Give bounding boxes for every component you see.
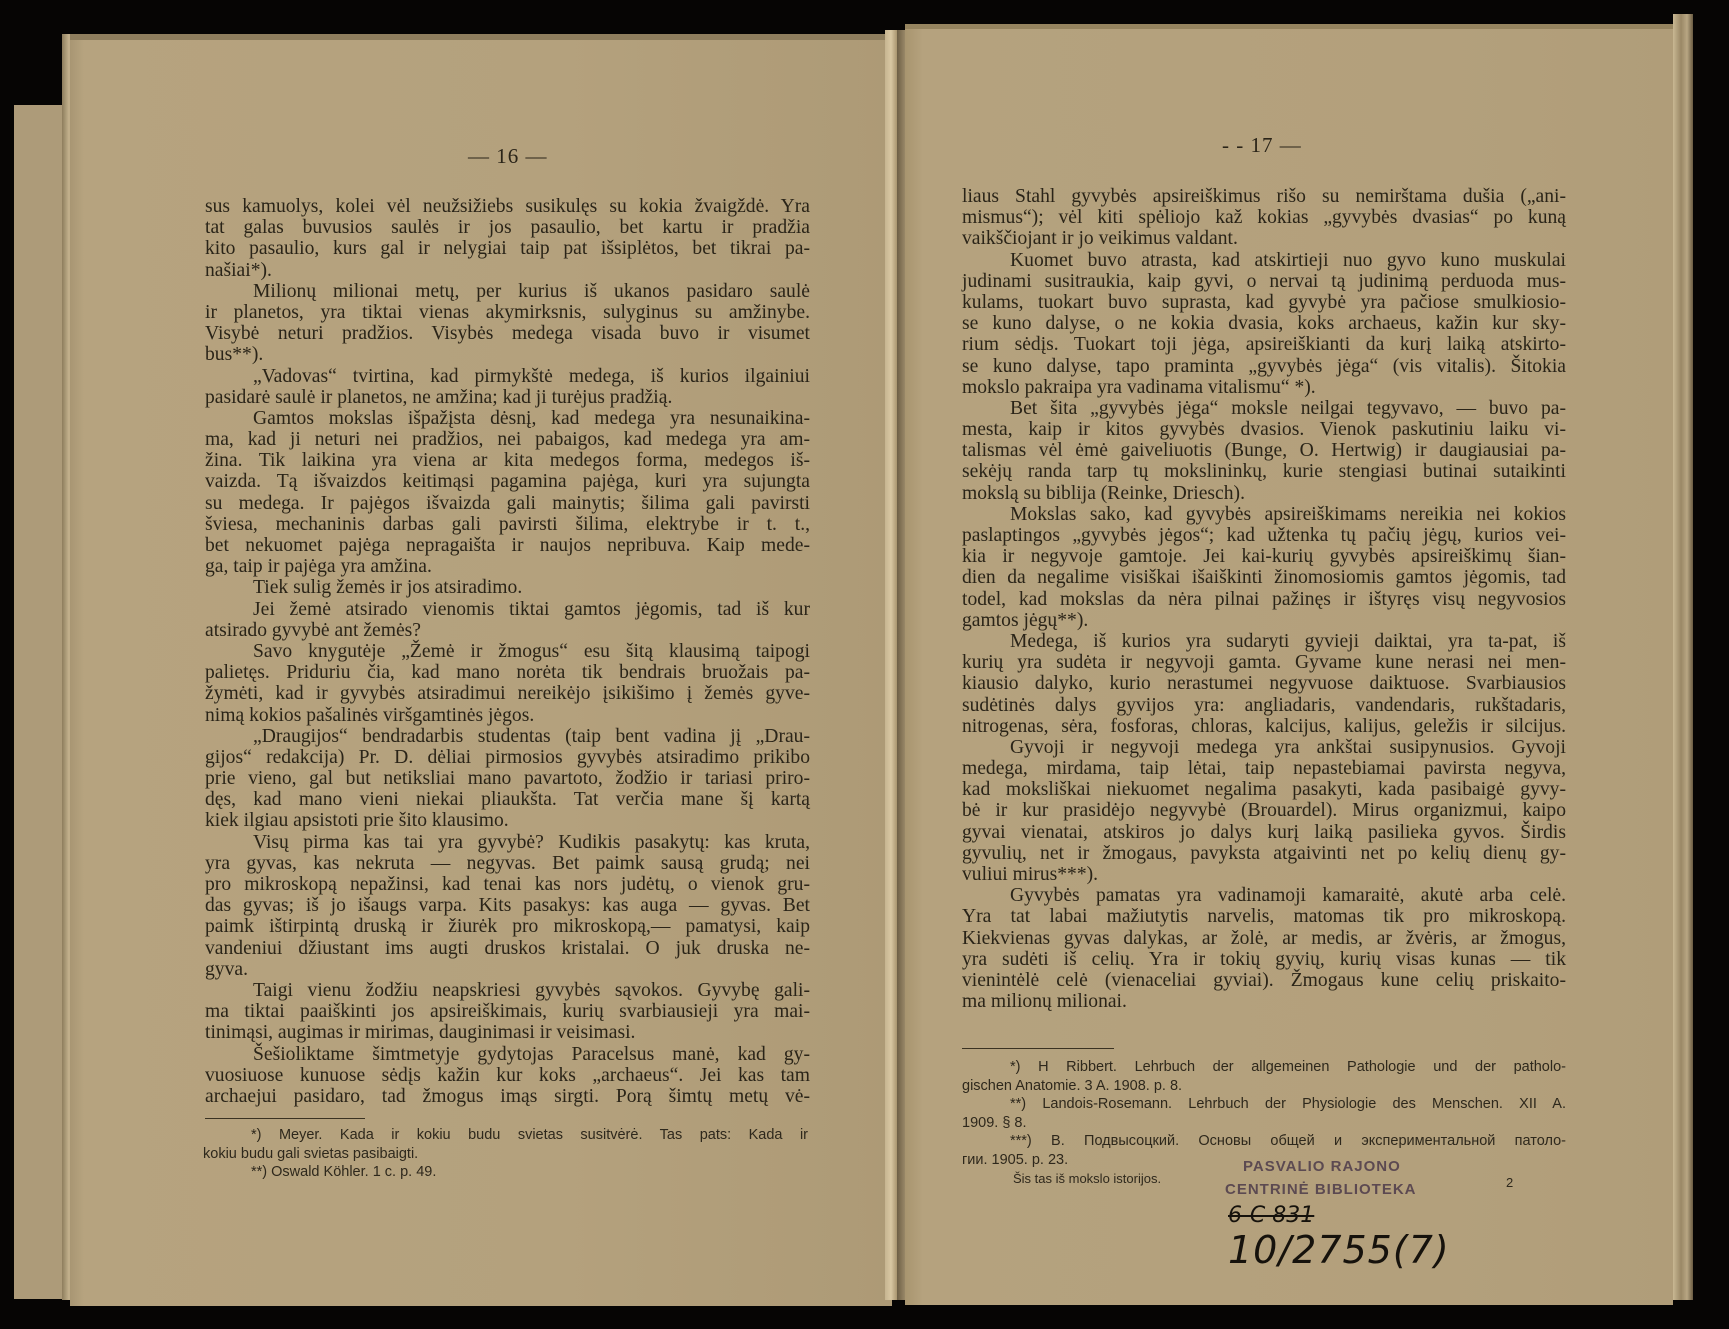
- text-line: dien da negalime visiškai išaiškinti žin…: [962, 567, 1566, 588]
- signature-mark: 2: [1506, 1175, 1513, 1190]
- text-line: „Vadovas“ tvirtina, kad pirmykštė medega…: [205, 366, 810, 387]
- text-line: rium sėdįs. Tuokart toji jėga, apsireišk…: [962, 334, 1566, 355]
- book-gutter: [885, 30, 897, 1300]
- text-line: kurių yra sudėta ir negyvoji gamta. Gyva…: [962, 652, 1566, 673]
- library-stamp-line2: CENTRINĖ BIBLIOTEKA: [1225, 1181, 1417, 1198]
- text-line: mokslą su biblija (Reinke, Driesch).: [962, 483, 1566, 504]
- text-line: pasidarė saulė ir planetos, ne amžina; k…: [205, 387, 810, 408]
- footnote-line: ***) В. Подвысоцкий. Основы общей и эксп…: [962, 1132, 1566, 1151]
- text-line: medega, mirdama, taip lėtai, taip nepast…: [962, 758, 1566, 779]
- text-line: kiausio dalyko, kurio nerastumei negyvuo…: [962, 673, 1566, 694]
- text-line: se kuno dalyse, o ne kokia dvasia, koks …: [962, 313, 1566, 334]
- left-footnote-rule: [205, 1118, 365, 1119]
- text-line: gamtos jėgų**).: [962, 610, 1566, 631]
- left-page-footnotes: *) Meyer. Kada ir kokiu budu svietas sus…: [203, 1126, 808, 1182]
- text-line: Milionų milionai metų, per kurius iš uka…: [205, 281, 810, 302]
- text-line: gyvulių, net ir žmogaus, pavyksta atgaiv…: [962, 843, 1566, 864]
- text-line: kito pasaulio, kurs gal ir nelygiai taip…: [205, 238, 810, 259]
- text-line: Kuomet buvo atrasta, kad atskirtieji nuo…: [962, 250, 1566, 271]
- text-line: mokslo pakraipa yra vadinama vitalismu“ …: [962, 377, 1566, 398]
- text-line: „Draugijos“ bendradarbis studentas (taip…: [205, 726, 810, 747]
- text-line: bė ir kur prasidėjo negyvybė (Brouardel)…: [962, 800, 1566, 821]
- text-line: yra gyvas, kas nekruta — negyvas. Bet pa…: [205, 853, 810, 874]
- text-line: kiek ilgiau apsistoti prie šito klausimo…: [205, 810, 810, 831]
- signature-line: Šis tas iš mokslo istorijos.: [1013, 1171, 1161, 1186]
- text-line: palietęs. Priduriu čia, kad mano norėta …: [205, 662, 810, 683]
- left-page-body: sus kamuolys, kolei vėl neužsižiebs susi…: [205, 196, 810, 1107]
- text-line: Mokslas sako, kad gyvybės apsireiškimams…: [962, 504, 1566, 525]
- text-line: talismas vėl ėmė gaiveliuotis (Bunge, O.…: [962, 440, 1566, 461]
- struck-call-number: 6-C 831: [1228, 1203, 1314, 1228]
- text-line: Bet šita „gyvybės jėga“ moksle neilgai t…: [962, 398, 1566, 419]
- text-line: pro mikroskopą nepažinsi, kad tenai kas …: [205, 874, 810, 895]
- text-line: Visybė neturi pradžios. Visybės medega v…: [205, 323, 810, 344]
- text-line: Savo knygutėje „Žemė ir žmogus“ esu šitą…: [205, 641, 810, 662]
- text-line: tinimąsi, augimas ir mirimas, dauginimas…: [205, 1022, 810, 1043]
- right-footnote-rule: [962, 1048, 1114, 1049]
- text-line: Kiekvienas gyvas dalykas, ar žolė, ar me…: [962, 928, 1566, 949]
- text-line: vaikščiojant ir jo veikimus valdant.: [962, 228, 1566, 249]
- text-line: Medega, iš kurios yra sudaryti gyvieji d…: [962, 631, 1566, 652]
- text-line: gyva.: [205, 959, 810, 980]
- text-line: Gyvoji ir negyvoji medega yra ankštai su…: [962, 737, 1566, 758]
- text-line: nitrogenas, sėra, fosforas, chloras, kal…: [962, 716, 1566, 737]
- text-line: prie vieno, gal but netiksliai mano pava…: [205, 768, 810, 789]
- right-page-body: liaus Stahl gyvybės apsireiškimus rišo s…: [962, 186, 1566, 1012]
- text-line: mismus“); vėl kiti spėliojo kaž kokias „…: [962, 207, 1566, 228]
- text-line: sus kamuolys, kolei vėl neužsižiebs susi…: [205, 196, 810, 217]
- text-line: kad moksliškai niekuomet negalima pasaky…: [962, 779, 1566, 800]
- text-line: sudėtinės dalys gyvijos yra: angliadaris…: [962, 695, 1566, 716]
- text-line: Jei žemė atsirado vienomis tiktai gamtos…: [205, 599, 810, 620]
- footnote-line: kokiu budu gali svietas pasibaigti.: [203, 1145, 808, 1164]
- footnote-line: 1909. § 8.: [962, 1114, 1566, 1133]
- text-line: dęs, kad mano vieni niekai pliaukšta. Ta…: [205, 789, 810, 810]
- text-line: archaejui pasidaro, tad žmogus imąs sirg…: [205, 1086, 810, 1107]
- text-line: Visų pirma kas tai yra gyvybė? Kudikis p…: [205, 832, 810, 853]
- right-page-number: - - 17 —: [1222, 133, 1302, 158]
- text-line: paslaptingos „gyvybės jėgos“; kad užtenk…: [962, 525, 1566, 546]
- text-line: yra sudėti iš celių. Yra ir tokių gyvių,…: [962, 949, 1566, 970]
- text-line: ir planetos, yra tiktai vienas akymirksn…: [205, 302, 810, 323]
- text-line: šviesa, mechaninis darbas gali pavirsti …: [205, 514, 810, 535]
- text-line: kulams, tuokart buvo suprasta, kad gyvyb…: [962, 292, 1566, 313]
- right-page-footnotes: *) H Ribbert. Lehrbuch der allgemeinen P…: [962, 1058, 1566, 1169]
- text-line: kia ir negyvoje gamtoje. Jei kai-kurių g…: [962, 546, 1566, 567]
- text-line: žina. Tik laikina yra viena ar kita mede…: [205, 450, 810, 471]
- text-line: se kuno dalyse, tapo praminta „gyvybės j…: [962, 356, 1566, 377]
- text-line: paimk ištirpintą druską ir žiurėk pro mi…: [205, 916, 810, 937]
- footnote-line: **) Oswald Köhler. 1 c. p. 49.: [203, 1163, 808, 1182]
- text-line: bet nekuomet pajėga nepragaišta ir naujo…: [205, 535, 810, 556]
- text-line: judinami susitraukia, kaip gyvi, o nerva…: [962, 271, 1566, 292]
- handwritten-call-number: 10/2755(7): [1228, 1228, 1450, 1272]
- text-line: vuosiuose kunuose sėdįs kažin kur koks „…: [205, 1065, 810, 1086]
- text-line: žymėti, kad ir gyvybės atsiradimui nerei…: [205, 683, 810, 704]
- text-line: ga, taip ir pajėga yra amžina.: [205, 556, 810, 577]
- text-line: das gyvas; iš jo išaugs varpa. Kits pasa…: [205, 895, 810, 916]
- text-line: ma milionų milionai.: [962, 991, 1566, 1012]
- library-stamp-line1: PASVALIO RAJONO: [1243, 1158, 1401, 1175]
- text-line: vuliui mirus***).: [962, 864, 1566, 885]
- text-line: ma tiktai paaiškinti jos apsireiškimais,…: [205, 1001, 810, 1022]
- text-line: Gamtos mokslas išpažįsta dėsnį, kad mede…: [205, 408, 810, 429]
- footnote-line: *) Meyer. Kada ir kokiu budu svietas sus…: [203, 1126, 808, 1145]
- footnote-line: gischen Anatomie. 3 A. 1908. p. 8.: [962, 1077, 1566, 1096]
- right-page-edge: [1673, 14, 1693, 1300]
- footnote-line: **) Landois-Rosemann. Lehrbuch der Physi…: [962, 1095, 1566, 1114]
- text-line: su medega. Ir pajėgos išvaizda gali main…: [205, 493, 810, 514]
- text-line: Gyvybės pamatas yra vadinamoji kamaraitė…: [962, 885, 1566, 906]
- text-line: liaus Stahl gyvybės apsireiškimus rišo s…: [962, 186, 1566, 207]
- text-line: atsirado gyvybė ant žemės?: [205, 620, 810, 641]
- text-line: Tiek sulig žemės ir jos atsiradimo.: [205, 577, 810, 598]
- text-line: sekėjų randa tarp tų mokslininkų, kurie …: [962, 461, 1566, 482]
- text-line: Šešioliktame šimtmetyje gydytojas Parace…: [205, 1044, 810, 1065]
- footnote-line: *) H Ribbert. Lehrbuch der allgemeinen P…: [962, 1058, 1566, 1077]
- text-line: Yra tat labai mažiutytis narvelis, matom…: [962, 906, 1566, 927]
- text-line: gijos“ redakcija) Pr. D. dėliai pirmosio…: [205, 747, 810, 768]
- text-line: našiai*).: [205, 260, 810, 281]
- text-line: tat galas buvusios saulės ir jos pasauli…: [205, 217, 810, 238]
- text-line: mesta, kaip ir kitos gyvybės dvasios. Vi…: [962, 419, 1566, 440]
- text-line: vandeniui džiustant ims augti druskos kr…: [205, 938, 810, 959]
- text-line: nimą kokios pašalinės viršgamtinės jėgos…: [205, 705, 810, 726]
- text-line: todel, kad mokslas da nėra pilnai pažinę…: [962, 589, 1566, 610]
- text-line: Taigi vienu žodžiu neapskriesi gyvybės s…: [205, 980, 810, 1001]
- text-line: bus**).: [205, 344, 810, 365]
- text-line: gyvai vienatai, atskiros jo dalys kurį l…: [962, 822, 1566, 843]
- text-line: vienintėlė celė (vienaceliai gyviai). Žm…: [962, 970, 1566, 991]
- text-line: vaizda. Tą išvaizdos keitimąsi pagamina …: [205, 471, 810, 492]
- text-line: ma, kad ji neturi nei pradžios, nei paba…: [205, 429, 810, 450]
- left-page-number: — 16 —: [468, 144, 548, 169]
